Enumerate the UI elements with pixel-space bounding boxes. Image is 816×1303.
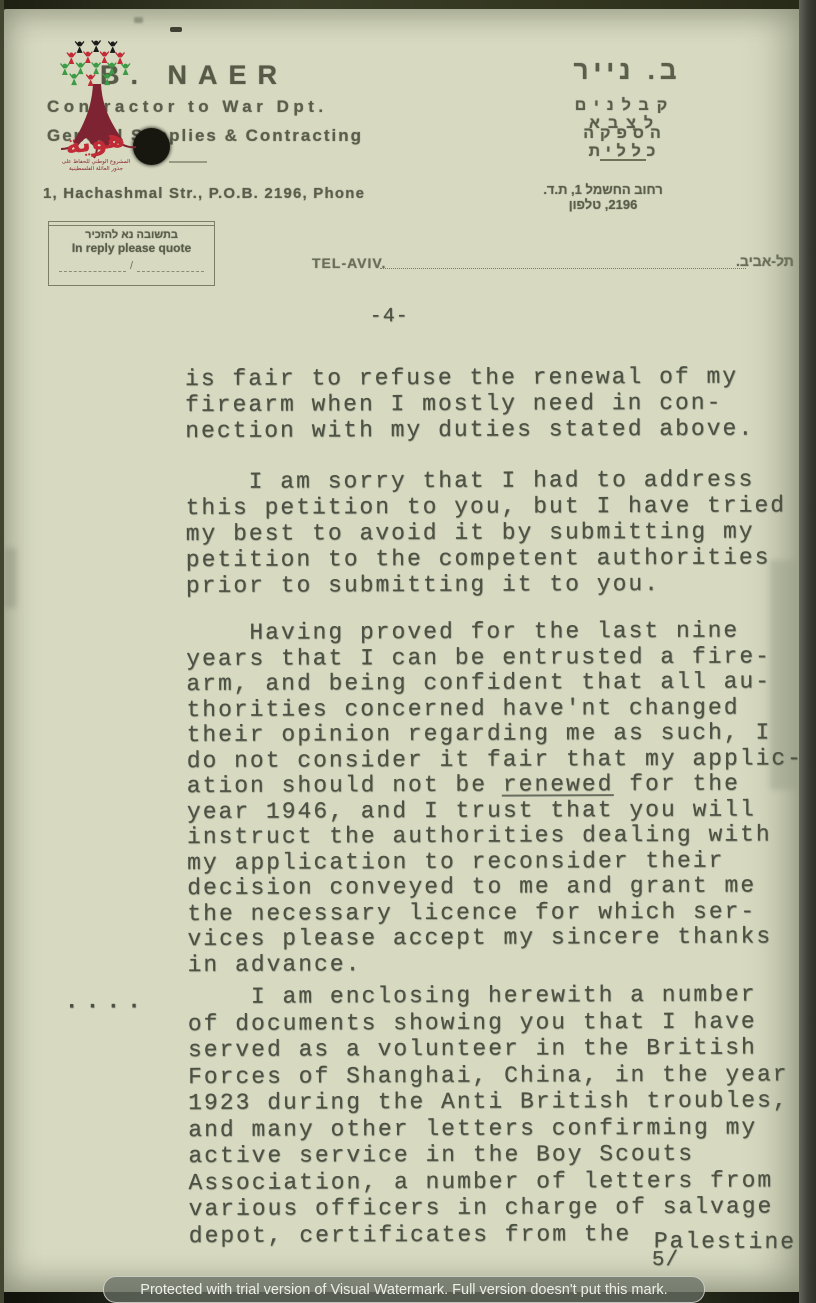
trial-watermark-banner: Protected with trial version of Visual W… [103,1276,705,1303]
trial-watermark-text: Protected with trial version of Visual W… [140,1282,667,1298]
body-paragraph-1: is fair to refuse the renewal of my fire… [185,363,754,443]
scan-edge-left [0,0,4,1303]
logo-caption-arabic-line2: جذور العائلة الفلسطينية [69,166,123,172]
continuation-page-mark: 5/ [652,1249,679,1272]
margin-dots: .... [65,988,148,1014]
logo-caption-arabic-line1: المشروع الوطني للحفاظ على [62,159,131,165]
huwiyya-tree-logo: هوية المشروع الوطني للحفاظ على جذور العا… [52,36,148,176]
scan-edge-top [0,0,816,9]
logo-wordmark-arabic: هوية [63,123,126,161]
tree-canopy-figures [61,41,130,86]
rule-next-to-dot [169,161,207,163]
scan-edge-right [799,0,816,1303]
page-number: -4- [370,305,409,328]
body-paragraph-3: Having proved for the last nine years th… [186,618,804,978]
body-paragraph-4: I am enclosing herewith a number of docu… [188,981,790,1249]
body-paragraph-2: I am sorry that I had to address this pe… [185,466,786,599]
scanned-letter-page: B. NAER Contractor to War Dpt. General S… [0,0,816,1303]
typewritten-body: -4- is fair to refuse the renewal of my … [0,0,816,1303]
